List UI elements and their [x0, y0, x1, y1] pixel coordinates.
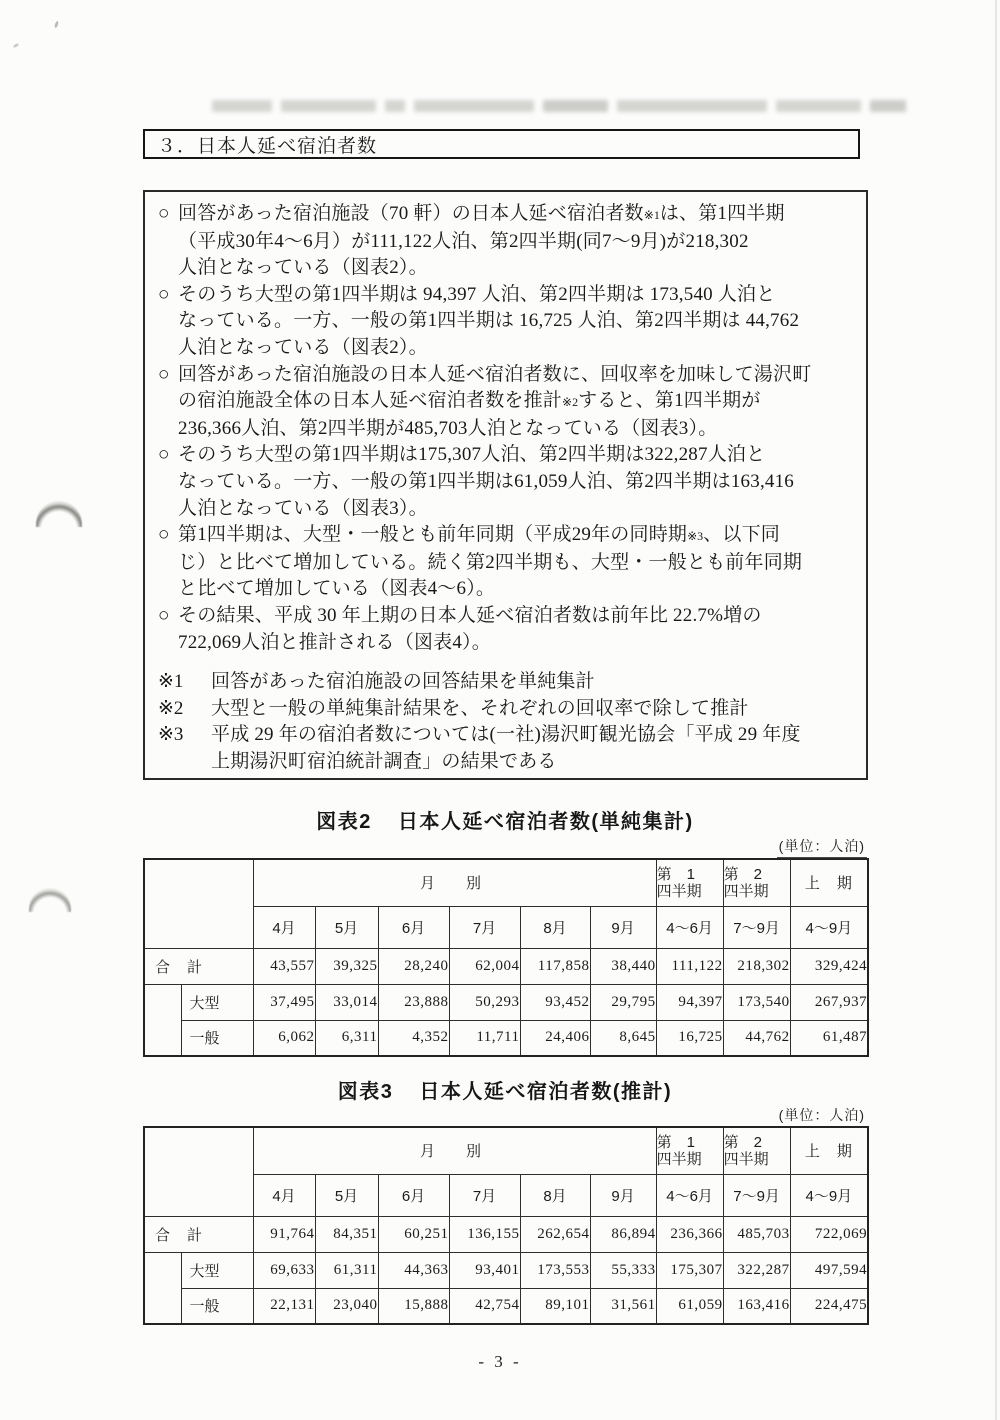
header-line: 上 期 — [791, 1140, 868, 1161]
scan-speck — [54, 21, 59, 29]
value-cell: 31,561 — [590, 1288, 656, 1324]
value-cell: 91,764 — [253, 1216, 315, 1252]
period-group-header: 上 期 — [790, 859, 868, 906]
value-cell: 29,795 — [590, 984, 656, 1020]
header-line: 四半期 — [657, 1151, 723, 1168]
column-header: 4月 — [253, 1174, 315, 1216]
column-header: 6月 — [378, 906, 449, 948]
column-header: 7～9月 — [723, 1174, 790, 1216]
text-line: の宿泊施設全体の日本人延べ宿泊者数を推計※2すると、第1四半期が — [178, 388, 856, 416]
value-cell: 497,594 — [790, 1252, 868, 1288]
value-cell: 267,937 — [790, 984, 868, 1020]
paragraph-body: 回答があった宿泊施設（70 軒）の日本人延べ宿泊者数※1は、第1四半期（平成30… — [178, 201, 856, 282]
value-cell: 173,540 — [723, 984, 790, 1020]
value-cell: 24,406 — [520, 1020, 590, 1056]
column-header: 4～9月 — [790, 1174, 868, 1216]
figure2-table: 月 別第 1四半期第 2四半期上 期4月5月6月7月8月9月4～6月7～9月4～… — [143, 858, 869, 1057]
stat-table: 月 別第 1四半期第 2四半期上 期4月5月6月7月8月9月4～6月7～9月4～… — [143, 858, 869, 1057]
table-row: 合 計43,55739,32528,24062,004117,85838,440… — [144, 948, 868, 984]
footnote: ※3平成 29 年の宿泊者数については(一社)湯沢町観光協会「平成 29 年度上… — [158, 722, 856, 775]
value-cell: 22,131 — [253, 1288, 315, 1324]
text-line: 平成 29 年の宿泊者数については(一社)湯沢町観光協会「平成 29 年度 — [211, 722, 856, 749]
figure3-unit: (単位：人泊) — [143, 1105, 867, 1127]
figure3-unit-text: (単位：人泊) — [777, 1105, 867, 1127]
summary-paragraph: ○そのうち大型の第1四半期は175,307人泊、第2四半期は322,287人泊と… — [158, 442, 856, 522]
header-line: 四半期 — [724, 883, 790, 900]
bullet-marker: ○ — [158, 442, 178, 522]
value-cell: 43,557 — [253, 948, 315, 984]
figure2-unit-text: (単位：人泊) — [777, 836, 867, 858]
table-row: 大型69,63361,31144,36393,401173,55355,3331… — [144, 1252, 868, 1288]
text-line: 上期湯沢町宿泊統計調査」の結果である — [211, 749, 856, 776]
footnote-body: 大型と一般の単純集計結果を、それぞれの回収率で除して推計 — [211, 696, 856, 723]
value-cell: 722,069 — [790, 1216, 868, 1252]
value-cell: 111,122 — [656, 948, 723, 984]
value-cell: 61,487 — [790, 1020, 868, 1056]
figure3-title: 図表3日本人延べ宿泊者数(推計) — [143, 1075, 867, 1104]
value-cell: 224,475 — [790, 1288, 868, 1324]
summary-paragraph: ○その結果、平成 30 年上期の日本人延べ宿泊者数は前年比 22.7%増の722… — [158, 603, 856, 656]
value-cell: 39,325 — [315, 948, 378, 984]
footnote: ※1回答があった宿泊施設の回答結果を単純集計 — [158, 669, 856, 696]
punch-hole — [29, 888, 71, 912]
page-number: - 3 - — [0, 1352, 1000, 1372]
summary-paragraphs: ○回答があった宿泊施設（70 軒）の日本人延べ宿泊者数※1は、第1四半期（平成3… — [158, 201, 856, 656]
figure3-title-text: 日本人延べ宿泊者数(推計) — [419, 1081, 672, 1103]
header-row: 月 別第 1四半期第 2四半期上 期 — [144, 1127, 868, 1174]
text-line: 人泊となっている（図表3）。 — [178, 496, 856, 523]
value-cell: 136,155 — [449, 1216, 520, 1252]
value-cell: 61,059 — [656, 1288, 723, 1324]
text-line: 人泊となっている（図表2）。 — [178, 335, 856, 362]
header-row: 4月5月6月7月8月9月4～6月7～9月4～9月 — [144, 1174, 868, 1216]
row-label: 一般 — [181, 1288, 253, 1324]
table-row: 一般6,0626,3114,35211,71124,4068,64516,725… — [144, 1020, 868, 1056]
row-label: 合 計 — [144, 1216, 253, 1252]
table-row: 合 計91,76484,35160,251136,155262,65486,89… — [144, 1216, 868, 1252]
period-group-header: 第 2四半期 — [723, 859, 790, 906]
value-cell: 50,293 — [449, 984, 520, 1020]
text-line: 人泊となっている（図表2）。 — [178, 255, 856, 282]
header-line: 第 1 — [657, 1134, 723, 1151]
note-ref: ※1 — [644, 208, 660, 222]
header-line: 第 2 — [724, 1134, 790, 1151]
corner-cell — [144, 859, 253, 948]
table-row: 一般22,13123,04015,88842,75489,10131,56161… — [144, 1288, 868, 1324]
value-cell: 262,654 — [520, 1216, 590, 1252]
figure2-title: 図表2日本人延べ宿泊者数(単純集計) — [143, 805, 867, 834]
header-row: 月 別第 1四半期第 2四半期上 期 — [144, 859, 868, 906]
figure2-title-text: 日本人延べ宿泊者数(単純集計) — [398, 811, 694, 833]
value-cell: 42,754 — [449, 1288, 520, 1324]
summary-paragraph: ○第1四半期は、大型・一般とも前年同期（平成29年の同時期※3、以下同じ）と比べ… — [158, 522, 856, 603]
row-label: 大型 — [181, 1252, 253, 1288]
footnote-body: 平成 29 年の宿泊者数については(一社)湯沢町観光協会「平成 29 年度上期湯… — [211, 722, 856, 775]
text-line: 回答があった宿泊施設（70 軒）の日本人延べ宿泊者数※1は、第1四半期 — [178, 201, 856, 229]
value-cell: 16,725 — [656, 1020, 723, 1056]
text-line: 大型と一般の単純集計結果を、それぞれの回収率で除して推計 — [211, 696, 856, 723]
footnote-body: 回答があった宿泊施設の回答結果を単純集計 — [211, 669, 856, 696]
bullet-marker: ○ — [158, 201, 178, 282]
value-cell: 93,452 — [520, 984, 590, 1020]
bullet-marker: ○ — [158, 362, 178, 443]
summary-paragraph: ○回答があった宿泊施設の日本人延べ宿泊者数に、回収率を加味して湯沢町の宿泊施設全… — [158, 362, 856, 443]
text-line: 回答があった宿泊施設の回答結果を単純集計 — [211, 669, 856, 696]
column-header: 7月 — [449, 906, 520, 948]
period-group-header: 第 2四半期 — [723, 1127, 790, 1174]
text-line: じ）と比べて増加している。続く第2四半期も、大型・一般とも前年同期 — [178, 550, 856, 577]
figure2-unit: (単位：人泊) — [143, 836, 867, 858]
value-cell: 38,440 — [590, 948, 656, 984]
value-cell: 6,062 — [253, 1020, 315, 1056]
stub-cell — [144, 984, 181, 1056]
row-label: 一般 — [181, 1020, 253, 1056]
paragraph-body: そのうち大型の第1四半期は175,307人泊、第2四半期は322,287人泊とな… — [178, 442, 856, 522]
bullet-marker: ○ — [158, 603, 178, 656]
section-title: ３．日本人延べ宿泊者数 — [157, 131, 377, 158]
stub-cell — [144, 1252, 181, 1324]
section-header: ３．日本人延べ宿泊者数 — [143, 129, 860, 159]
text-line: 722,069人泊と推計される（図表4）。 — [178, 630, 856, 657]
paragraph-body: そのうち大型の第1四半期は 94,397 人泊、第2四半期は 173,540 人… — [178, 282, 856, 362]
value-cell: 218,302 — [723, 948, 790, 984]
bleedthrough-artifact — [212, 100, 906, 115]
value-cell: 485,703 — [723, 1216, 790, 1252]
value-cell: 37,495 — [253, 984, 315, 1020]
row-label: 合 計 — [144, 948, 253, 984]
value-cell: 28,240 — [378, 948, 449, 984]
table-row: 大型37,49533,01423,88850,29393,45229,79594… — [144, 984, 868, 1020]
value-cell: 94,397 — [656, 984, 723, 1020]
value-cell: 11,711 — [449, 1020, 520, 1056]
period-group-header: 第 1四半期 — [656, 859, 723, 906]
value-cell: 236,366 — [656, 1216, 723, 1252]
period-group-header: 第 1四半期 — [656, 1127, 723, 1174]
text-line: そのうち大型の第1四半期は175,307人泊、第2四半期は322,287人泊と — [178, 442, 856, 469]
summary-box: ○回答があった宿泊施設（70 軒）の日本人延べ宿泊者数※1は、第1四半期（平成3… — [143, 190, 868, 780]
value-cell: 89,101 — [520, 1288, 590, 1324]
header-line: 第 2 — [724, 866, 790, 883]
text-line: （平成30年4～6月）が111,122人泊、第2四半期(同7～9月)が218,3… — [178, 229, 856, 256]
column-header: 9月 — [590, 1174, 656, 1216]
paragraph-body: 回答があった宿泊施設の日本人延べ宿泊者数に、回収率を加味して湯沢町の宿泊施設全体… — [178, 362, 856, 443]
row-label: 大型 — [181, 984, 253, 1020]
column-header: 6月 — [378, 1174, 449, 1216]
text-line: なっている。一方、一般の第1四半期は 16,725 人泊、第2四半期は 44,7… — [178, 308, 856, 335]
note-ref: ※3 — [687, 529, 703, 543]
column-header: 5月 — [315, 906, 378, 948]
value-cell: 6,311 — [315, 1020, 378, 1056]
value-cell: 93,401 — [449, 1252, 520, 1288]
document-page: ３．日本人延べ宿泊者数 ○回答があった宿泊施設（70 軒）の日本人延べ宿泊者数※… — [0, 0, 1000, 1420]
value-cell: 23,888 — [378, 984, 449, 1020]
punch-hole — [36, 501, 82, 527]
text-line: 第1四半期は、大型・一般とも前年同期（平成29年の同時期※3、以下同 — [178, 522, 856, 550]
text-line: と比べて増加している（図表4～6）。 — [178, 576, 856, 603]
header-row: 4月5月6月7月8月9月4～6月7～9月4～9月 — [144, 906, 868, 948]
column-header: 4～9月 — [790, 906, 868, 948]
summary-paragraph: ○そのうち大型の第1四半期は 94,397 人泊、第2四半期は 173,540 … — [158, 282, 856, 362]
month-group-header: 月 別 — [253, 859, 656, 906]
figure3-table: 月 別第 1四半期第 2四半期上 期4月5月6月7月8月9月4～6月7～9月4～… — [143, 1126, 869, 1325]
column-header: 4～6月 — [656, 1174, 723, 1216]
value-cell: 8,645 — [590, 1020, 656, 1056]
value-cell: 62,004 — [449, 948, 520, 984]
column-header: 8月 — [520, 1174, 590, 1216]
footnote-marker: ※3 — [158, 722, 211, 775]
column-header: 7月 — [449, 1174, 520, 1216]
header-line: 第 1 — [657, 866, 723, 883]
scan-speck — [13, 43, 20, 49]
value-cell: 69,633 — [253, 1252, 315, 1288]
value-cell: 84,351 — [315, 1216, 378, 1252]
value-cell: 60,251 — [378, 1216, 449, 1252]
footnote: ※2大型と一般の単純集計結果を、それぞれの回収率で除して推計 — [158, 696, 856, 723]
value-cell: 15,888 — [378, 1288, 449, 1324]
scan-edge-artifact — [995, 0, 997, 1420]
value-cell: 4,352 — [378, 1020, 449, 1056]
stat-table: 月 別第 1四半期第 2四半期上 期4月5月6月7月8月9月4～6月7～9月4～… — [143, 1126, 869, 1325]
figure2-label: 図表2 — [316, 811, 372, 833]
text-line: なっている。一方、一般の第1四半期は61,059人泊、第2四半期は163,416 — [178, 469, 856, 496]
summary-notes: ※1回答があった宿泊施設の回答結果を単純集計※2大型と一般の単純集計結果を、それ… — [158, 669, 856, 775]
value-cell: 329,424 — [790, 948, 868, 984]
text-line: その結果、平成 30 年上期の日本人延べ宿泊者数は前年比 22.7%増の — [178, 603, 856, 630]
period-group-header: 上 期 — [790, 1127, 868, 1174]
value-cell: 86,894 — [590, 1216, 656, 1252]
column-header: 4月 — [253, 906, 315, 948]
column-header: 7～9月 — [723, 906, 790, 948]
value-cell: 163,416 — [723, 1288, 790, 1324]
value-cell: 55,333 — [590, 1252, 656, 1288]
header-line: 四半期 — [724, 1151, 790, 1168]
header-line: 上 期 — [791, 872, 868, 893]
value-cell: 175,307 — [656, 1252, 723, 1288]
bullet-marker: ○ — [158, 282, 178, 362]
column-header: 5月 — [315, 1174, 378, 1216]
column-header: 8月 — [520, 906, 590, 948]
value-cell: 44,762 — [723, 1020, 790, 1056]
value-cell: 44,363 — [378, 1252, 449, 1288]
value-cell: 23,040 — [315, 1288, 378, 1324]
text-line: そのうち大型の第1四半期は 94,397 人泊、第2四半期は 173,540 人… — [178, 282, 856, 309]
value-cell: 61,311 — [315, 1252, 378, 1288]
header-line: 四半期 — [657, 883, 723, 900]
summary-paragraph: ○回答があった宿泊施設（70 軒）の日本人延べ宿泊者数※1は、第1四半期（平成3… — [158, 201, 856, 282]
paragraph-body: 第1四半期は、大型・一般とも前年同期（平成29年の同時期※3、以下同じ）と比べて… — [178, 522, 856, 603]
value-cell: 33,014 — [315, 984, 378, 1020]
value-cell: 322,287 — [723, 1252, 790, 1288]
month-group-header: 月 別 — [253, 1127, 656, 1174]
footnote-marker: ※1 — [158, 669, 211, 696]
footnote-marker: ※2 — [158, 696, 211, 723]
value-cell: 173,553 — [520, 1252, 590, 1288]
text-line: 236,366人泊、第2四半期が485,703人泊となっている（図表3）。 — [178, 416, 856, 443]
value-cell: 117,858 — [520, 948, 590, 984]
bullet-marker: ○ — [158, 522, 178, 603]
text-line: 回答があった宿泊施設の日本人延べ宿泊者数に、回収率を加味して湯沢町 — [178, 362, 856, 389]
figure3-label: 図表3 — [338, 1081, 394, 1103]
column-header: 9月 — [590, 906, 656, 948]
corner-cell — [144, 1127, 253, 1216]
paragraph-body: その結果、平成 30 年上期の日本人延べ宿泊者数は前年比 22.7%増の722,… — [178, 603, 856, 656]
column-header: 4～6月 — [656, 906, 723, 948]
note-ref: ※2 — [562, 395, 578, 409]
